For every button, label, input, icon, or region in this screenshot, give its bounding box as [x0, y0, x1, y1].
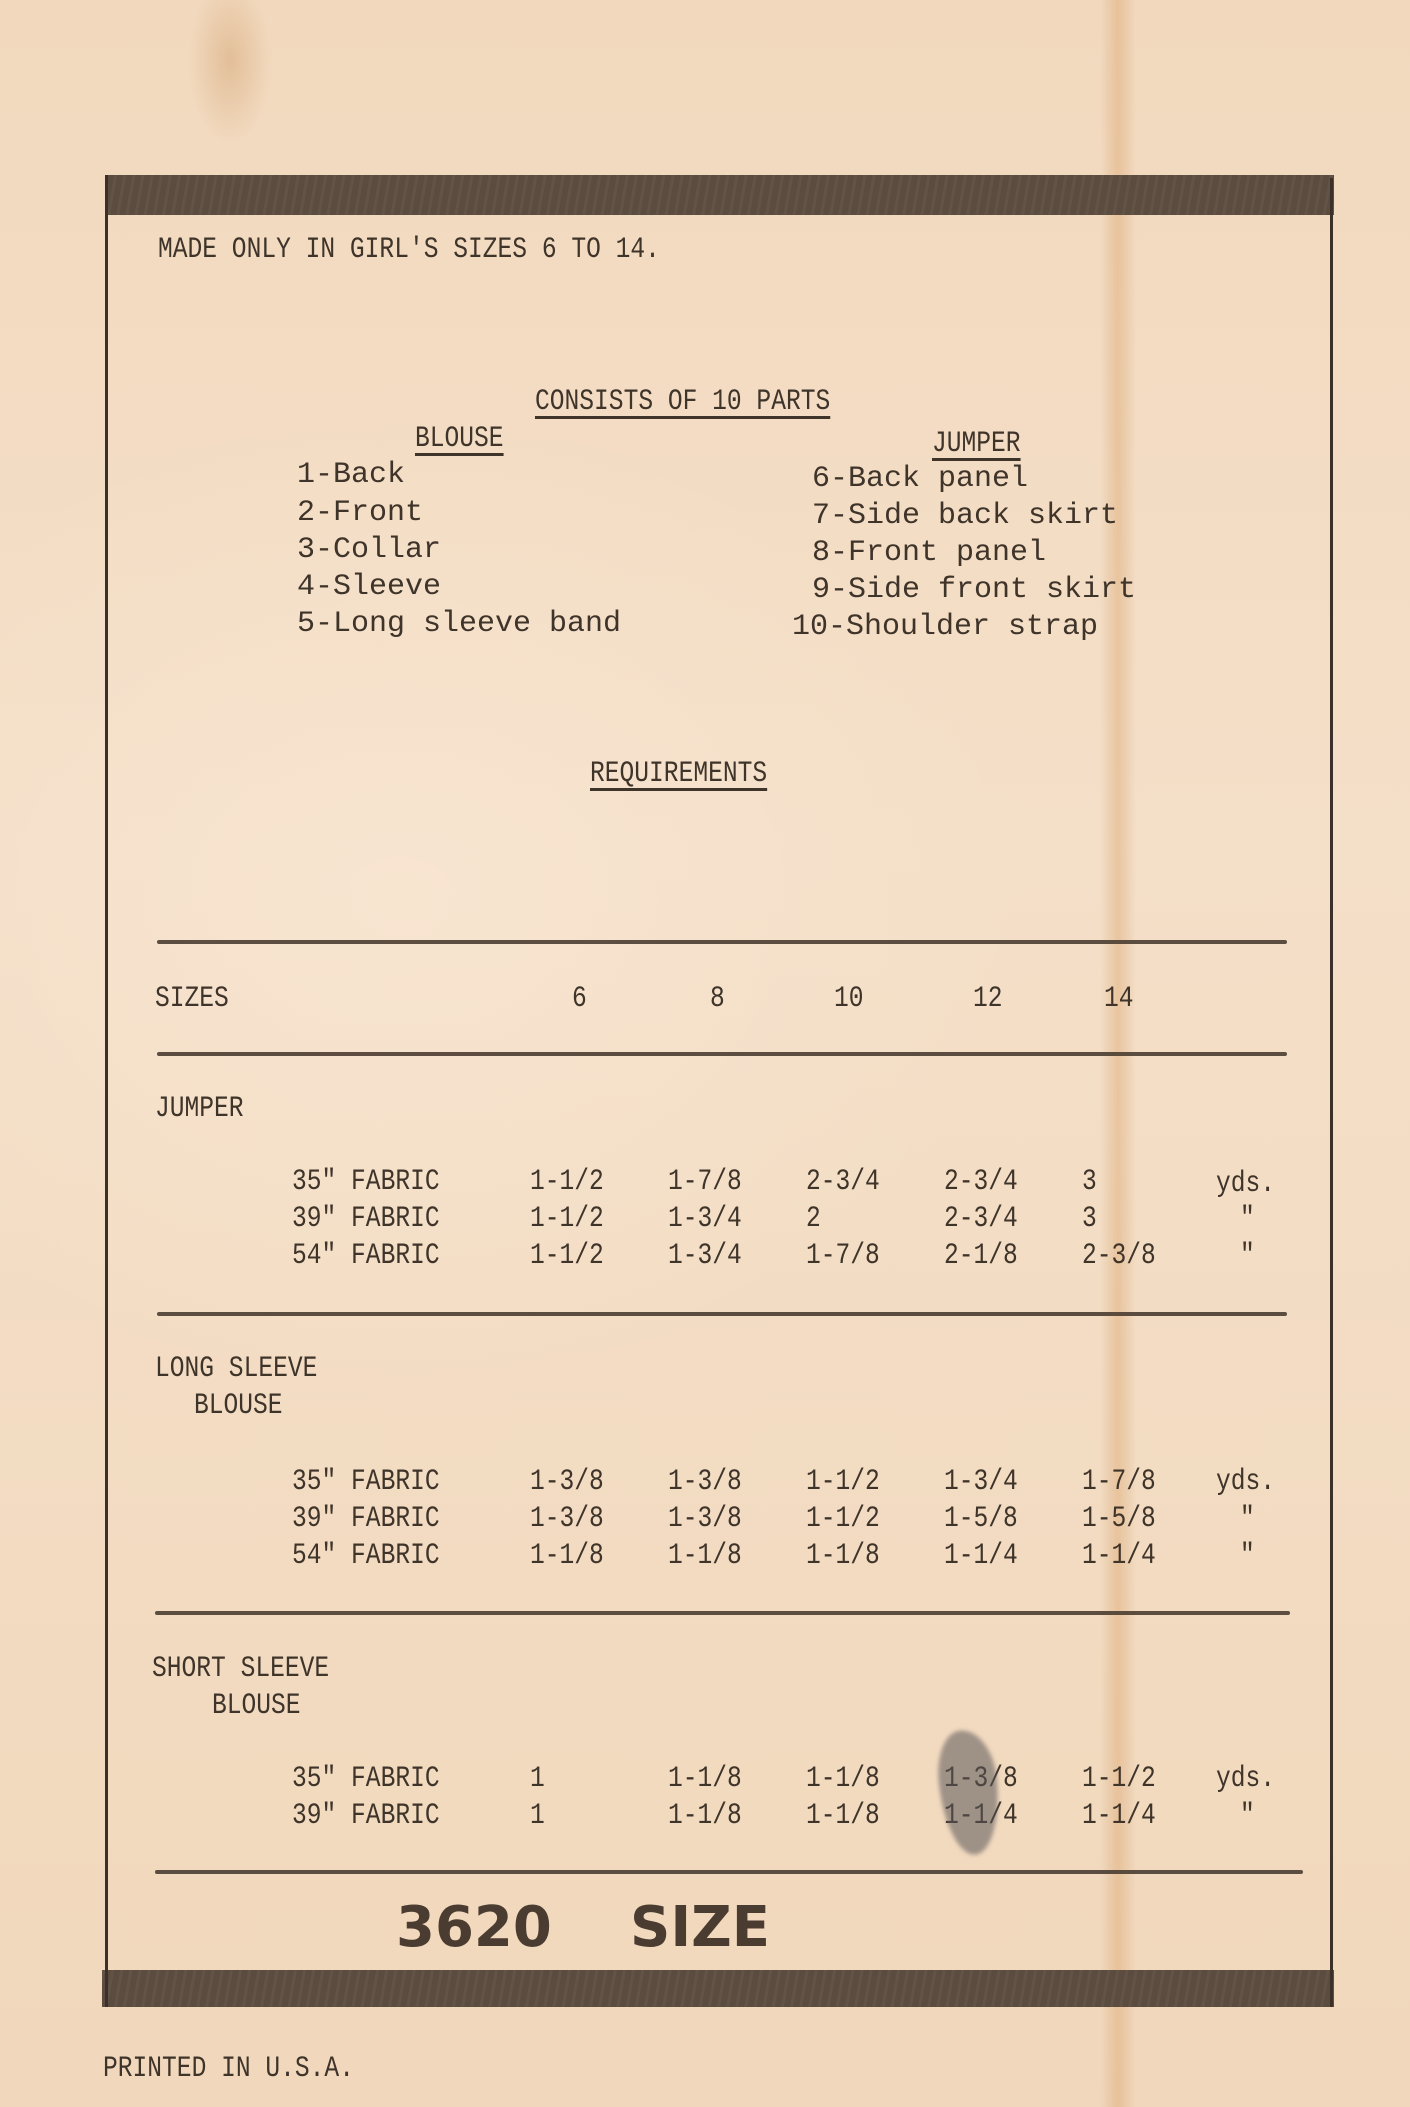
yardage: 2-3/4 — [944, 1202, 1018, 1236]
unit: yds. — [1216, 1167, 1275, 1201]
yardage: 1-1/2 — [530, 1239, 604, 1273]
yardage: 1-1/4 — [944, 1539, 1018, 1573]
yardage: 1-5/8 — [944, 1502, 1018, 1536]
section-label: LONG SLEEVE — [155, 1352, 317, 1386]
unit: yds. — [1216, 1762, 1275, 1796]
size-label: SIZE — [630, 1895, 770, 1960]
yardage: 1-3/4 — [668, 1202, 742, 1236]
yardage: 1-3/4 — [668, 1239, 742, 1273]
part-item: 10-Shoulder strap — [792, 610, 1098, 644]
yardage: 1-7/8 — [1082, 1465, 1156, 1499]
size-header: 12 — [973, 982, 1003, 1016]
part-item: 2-Front — [297, 496, 423, 530]
part-item: 3-Collar — [297, 533, 441, 567]
yardage: 1-1/2 — [530, 1165, 604, 1199]
fabric-width: 35" FABRIC — [292, 1165, 440, 1199]
part-item: 7-Side back skirt — [812, 499, 1118, 533]
yardage: 1-1/8 — [806, 1762, 880, 1796]
unit: " — [1240, 1799, 1255, 1833]
frame-top-bar — [105, 175, 1334, 215]
parts-title: CONSISTS OF 10 PARTS — [535, 385, 830, 419]
fabric-width: 39" FABRIC — [292, 1799, 440, 1833]
yardage: 2-3/4 — [806, 1165, 880, 1199]
frame-left-border — [105, 175, 108, 2007]
yardage: 1-1/2 — [806, 1502, 880, 1536]
yardage: 1 — [530, 1799, 545, 1833]
size-header: 14 — [1104, 982, 1134, 1016]
part-item: 5-Long sleeve band — [297, 607, 621, 641]
yardage: 1-1/2 — [530, 1202, 604, 1236]
jumper-heading: JUMPER — [932, 427, 1021, 461]
part-item: 9-Side front skirt — [812, 573, 1136, 607]
sizes-label: SIZES — [155, 982, 229, 1016]
divider — [155, 1870, 1303, 1874]
fabric-width: 35" FABRIC — [292, 1762, 440, 1796]
yardage: 1-1/8 — [806, 1539, 880, 1573]
divider — [157, 1052, 1287, 1056]
yardage: 3 — [1082, 1202, 1097, 1236]
yardage: 1-1/8 — [530, 1539, 604, 1573]
fabric-width: 54" FABRIC — [292, 1239, 440, 1273]
yardage: 2 — [806, 1202, 821, 1236]
yardage: 1-1/4 — [1082, 1539, 1156, 1573]
size-header: 6 — [572, 982, 587, 1016]
divider — [157, 1312, 1287, 1316]
unit: " — [1240, 1539, 1255, 1573]
fabric-width: 35" FABRIC — [292, 1465, 440, 1499]
fabric-width: 54" FABRIC — [292, 1539, 440, 1573]
part-item: 1-Back — [297, 458, 405, 492]
yardage: 1-1/2 — [1082, 1762, 1156, 1796]
yardage: 2-3/8 — [1082, 1239, 1156, 1273]
yardage: 1-3/8 — [668, 1465, 742, 1499]
pattern-number: 3620 — [396, 1895, 552, 1960]
yardage: 1-7/8 — [806, 1239, 880, 1273]
yardage: 1-3/8 — [668, 1502, 742, 1536]
size-header: 8 — [710, 982, 725, 1016]
yardage: 2-3/4 — [944, 1165, 1018, 1199]
yardage: 1-1/8 — [668, 1762, 742, 1796]
yardage: 1 — [530, 1762, 545, 1796]
yardage: 1-1/2 — [806, 1465, 880, 1499]
yardage: 1-5/8 — [1082, 1502, 1156, 1536]
yardage: 1-3/8 — [530, 1465, 604, 1499]
yardage: 3 — [1082, 1165, 1097, 1199]
part-item: 4-Sleeve — [297, 570, 441, 604]
yardage: 1-3/8 — [530, 1502, 604, 1536]
printed-in-usa: PRINTED IN U.S.A. — [103, 2052, 354, 2086]
unit: " — [1240, 1239, 1255, 1273]
yardage: 1-1/4 — [1082, 1799, 1156, 1833]
yardage: 1-1/8 — [806, 1799, 880, 1833]
frame-bottom-bar — [102, 1970, 1334, 2007]
unit: " — [1240, 1202, 1255, 1236]
blouse-heading: BLOUSE — [415, 422, 504, 456]
section-label: BLOUSE — [212, 1689, 301, 1723]
yardage: 1-7/8 — [668, 1165, 742, 1199]
ink-smudge — [934, 1727, 1005, 1857]
yardage: 1-1/8 — [668, 1539, 742, 1573]
unit: " — [1240, 1502, 1255, 1536]
fabric-width: 39" FABRIC — [292, 1202, 440, 1236]
divider — [155, 1611, 1290, 1615]
section-label: JUMPER — [155, 1092, 244, 1126]
yardage: 1-1/8 — [668, 1799, 742, 1833]
sizes-note: MADE ONLY IN GIRL'S SIZES 6 TO 14. — [158, 233, 660, 267]
requirements-title: REQUIREMENTS — [590, 757, 767, 791]
yardage: 1-3/4 — [944, 1465, 1018, 1499]
part-item: 6-Back panel — [812, 462, 1028, 496]
fabric-width: 39" FABRIC — [292, 1502, 440, 1536]
unit: yds. — [1216, 1465, 1275, 1499]
section-label: BLOUSE — [194, 1389, 283, 1423]
divider — [157, 940, 1287, 944]
size-header: 10 — [834, 982, 864, 1016]
section-label: SHORT SLEEVE — [152, 1652, 329, 1686]
part-item: 8-Front panel — [812, 536, 1046, 570]
yardage: 2-1/8 — [944, 1239, 1018, 1273]
frame-right-border — [1330, 178, 1333, 2007]
